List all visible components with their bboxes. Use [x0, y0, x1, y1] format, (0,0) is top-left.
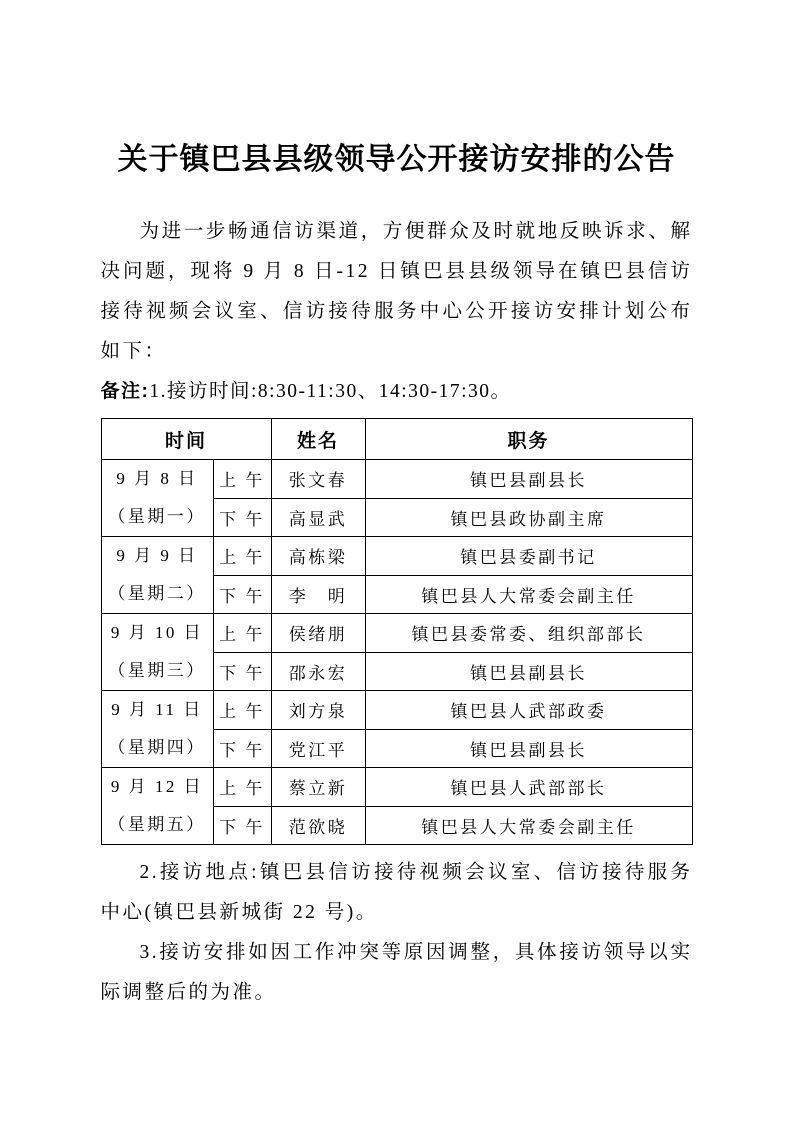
table-header-row: 时间 姓名 职务: [101, 419, 692, 460]
date-text: 9 月 11 日: [102, 691, 213, 729]
position-cell: 镇巴县委常委、组织部部长: [365, 614, 692, 653]
weekday-text: （星期一）: [102, 498, 213, 536]
table-row: 9 月 12 日 （星期五） 上 午 蔡立新 镇巴县人武部部长: [101, 768, 692, 807]
period-cell: 上 午: [213, 614, 271, 653]
date-cell: 9 月 10 日 （星期三）: [101, 614, 213, 691]
note-location: 2.接访地点:镇巴县信访接待视频会议室、信访接待服务中心(镇巴县新城街 22 号…: [101, 853, 693, 933]
date-text: 9 月 8 日: [102, 460, 213, 498]
date-cell: 9 月 9 日 （星期二）: [101, 537, 213, 614]
name-cell: 范欲晓: [271, 806, 365, 845]
period-cell: 下 午: [213, 575, 271, 614]
weekday-text: （星期四）: [102, 729, 213, 767]
table-row: 9 月 10 日 （星期三） 上 午 侯绪朋 镇巴县委常委、组织部部长: [101, 614, 692, 653]
table-row: 9 月 9 日 （星期二） 上 午 高栋梁 镇巴县委副书记: [101, 537, 692, 576]
reception-schedule-table: 时间 姓名 职务 9 月 8 日 （星期一） 上 午 张文春 镇巴县副县长: [101, 418, 693, 845]
period-cell: 下 午: [213, 806, 271, 845]
name-cell: 蔡立新: [271, 768, 365, 807]
announcement-page: 关于镇巴县县级领导公开接访安排的公告 为进一步畅通信访渠道，方便群众及时就地反映…: [0, 0, 793, 1122]
weekday-text: （星期三）: [102, 652, 213, 690]
name-cell: 李 明: [271, 575, 365, 614]
period-cell: 下 午: [213, 729, 271, 768]
position-cell: 镇巴县副县长: [365, 460, 692, 499]
position-cell: 镇巴县人大常委会副主任: [365, 575, 692, 614]
date-text: 9 月 12 日: [102, 768, 213, 806]
period-cell: 上 午: [213, 768, 271, 807]
position-cell: 镇巴县人武部部长: [365, 768, 692, 807]
position-cell: 镇巴县副县长: [365, 652, 692, 691]
notes-section: 2.接访地点:镇巴县信访接待视频会议室、信访接待服务中心(镇巴县新城街 22 号…: [101, 853, 693, 1013]
name-cell: 邵永宏: [271, 652, 365, 691]
name-cell: 高显武: [271, 498, 365, 537]
period-cell: 上 午: [213, 460, 271, 499]
position-cell: 镇巴县政协副主席: [365, 498, 692, 537]
period-cell: 上 午: [213, 691, 271, 730]
name-cell: 张文春: [271, 460, 365, 499]
table-row: 9 月 11 日 （星期四） 上 午 刘方泉 镇巴县人武部政委: [101, 691, 692, 730]
remark-item-time: 1.接访时间:8:30-11:30、14:30-17:30。: [149, 381, 511, 402]
intro-paragraph: 为进一步畅通信访渠道，方便群众及时就地反映诉求、解决问题，现将 9 月 8 日-…: [101, 212, 693, 372]
remark-label: 备注:: [101, 381, 150, 402]
position-cell: 镇巴县委副书记: [365, 537, 692, 576]
name-cell: 侯绪朋: [271, 614, 365, 653]
period-cell: 上 午: [213, 537, 271, 576]
position-cell: 镇巴县人武部政委: [365, 691, 692, 730]
date-cell: 9 月 11 日 （星期四）: [101, 691, 213, 768]
page-content: 关于镇巴县县级领导公开接访安排的公告 为进一步畅通信访渠道，方便群众及时就地反映…: [101, 0, 693, 1013]
name-cell: 刘方泉: [271, 691, 365, 730]
header-time: 时间: [101, 419, 271, 460]
name-cell: 党江平: [271, 729, 365, 768]
period-cell: 下 午: [213, 498, 271, 537]
remark-line: 备注:1.接访时间:8:30-11:30、14:30-17:30。: [101, 372, 693, 412]
period-cell: 下 午: [213, 652, 271, 691]
header-name: 姓名: [271, 419, 365, 460]
position-cell: 镇巴县副县长: [365, 729, 692, 768]
table-row: 9 月 8 日 （星期一） 上 午 张文春 镇巴县副县长: [101, 460, 692, 499]
page-title: 关于镇巴县县级领导公开接访安排的公告: [101, 138, 693, 182]
name-cell: 高栋梁: [271, 537, 365, 576]
date-text: 9 月 10 日: [102, 614, 213, 652]
date-text: 9 月 9 日: [102, 537, 213, 575]
weekday-text: （星期二）: [102, 575, 213, 613]
weekday-text: （星期五）: [102, 806, 213, 844]
date-cell: 9 月 12 日 （星期五）: [101, 768, 213, 845]
date-cell: 9 月 8 日 （星期一）: [101, 460, 213, 537]
header-position: 职务: [365, 419, 692, 460]
note-adjustment: 3.接访安排如因工作冲突等原因调整，具体接访领导以实际调整后的为准。: [101, 933, 693, 1013]
position-cell: 镇巴县人大常委会副主任: [365, 806, 692, 845]
